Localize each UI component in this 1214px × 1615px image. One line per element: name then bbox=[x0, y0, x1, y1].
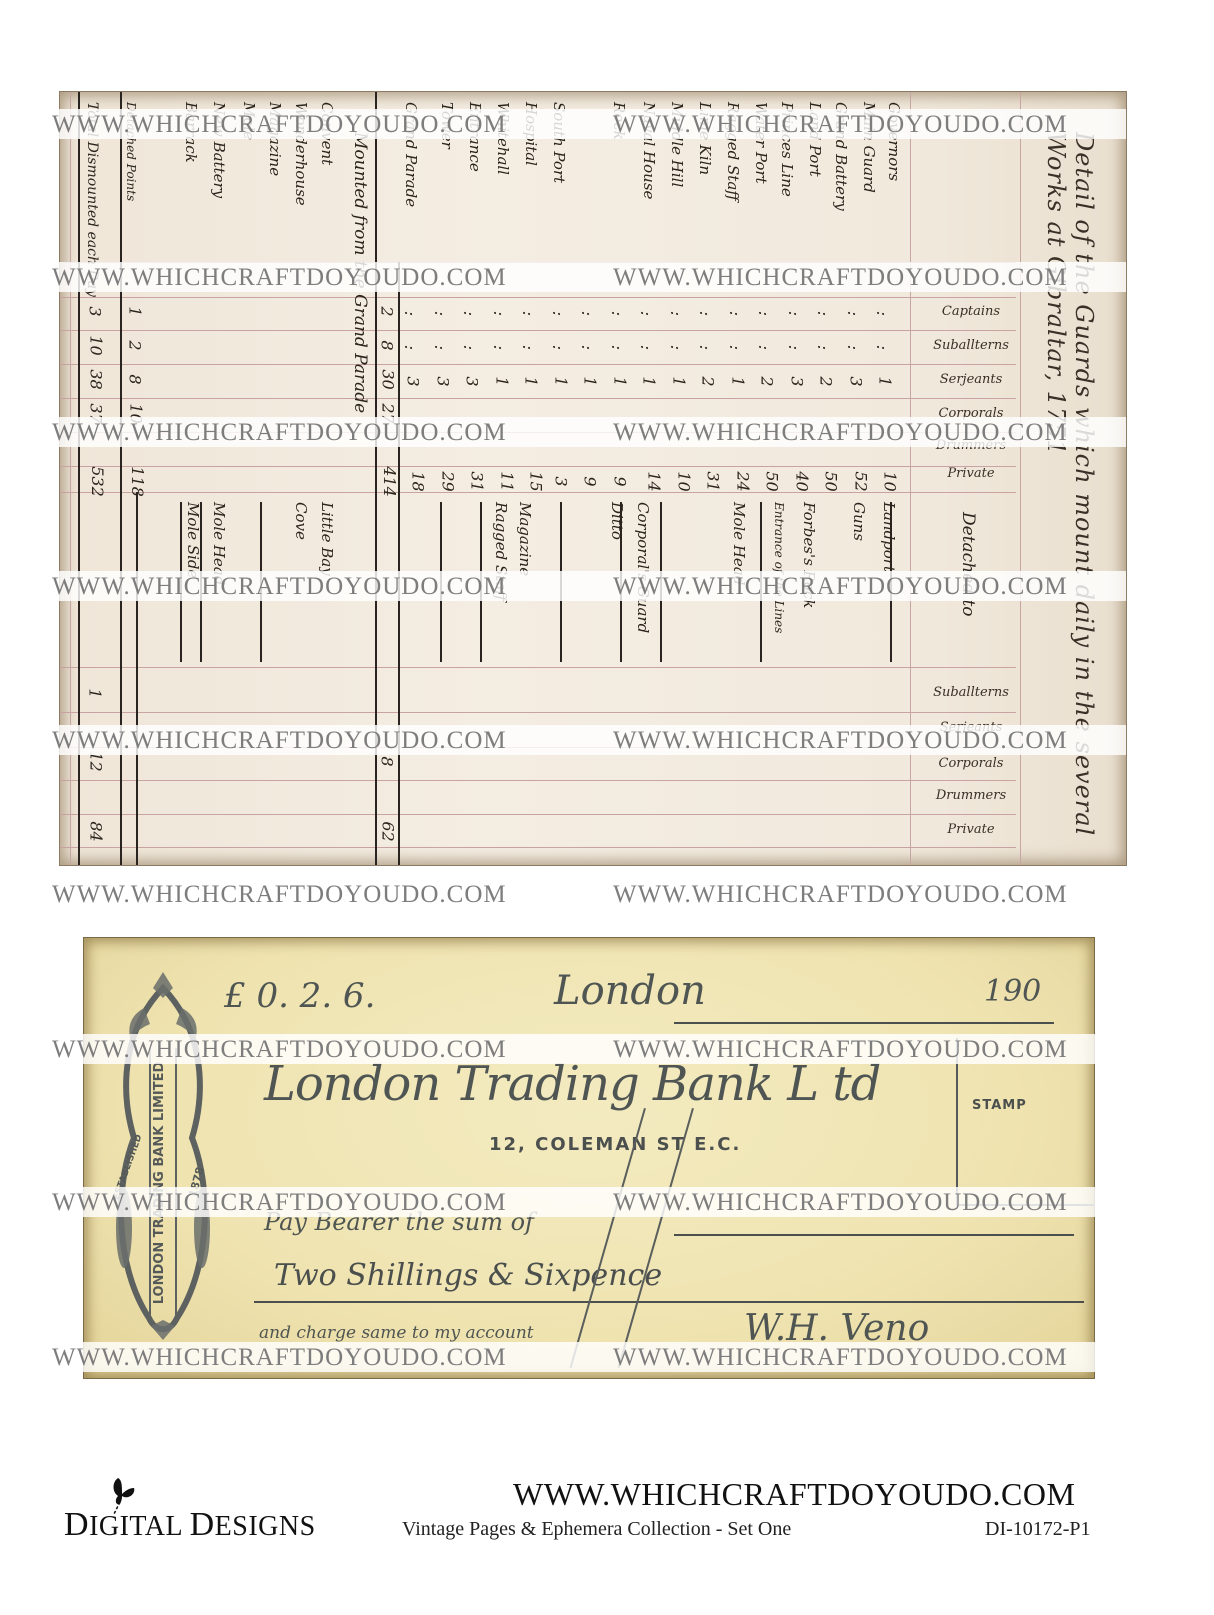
cheque-image: LONDON TRADING BANK LIMITED ESTABLISHED … bbox=[83, 937, 1095, 1379]
ledger-value: 50 bbox=[822, 471, 841, 491]
ledger-ditto-mark: : bbox=[667, 311, 686, 316]
watermark-text: WWW.WHICHCRAFTDOYOUDO.COM bbox=[613, 419, 1068, 447]
ledger-ditto-mark: : bbox=[726, 311, 745, 316]
ledger-row-label: Private bbox=[916, 822, 1026, 837]
ledger-row-label: Serjeants bbox=[916, 372, 1026, 387]
watermark-text: WWW.WHICHCRAFTDOYOUDO.COM bbox=[52, 1189, 507, 1217]
ledger-value: 1 bbox=[610, 376, 629, 386]
ledger-detached-subtotal: 62 bbox=[379, 821, 398, 841]
bank-crest-emblem: LONDON TRADING BANK LIMITED ESTABLISHED … bbox=[104, 968, 222, 1368]
ledger-ditto-mark: : bbox=[460, 345, 479, 350]
ledger-detached-place: Corporal's Guard bbox=[634, 502, 652, 633]
ledger-value: 2 bbox=[817, 376, 836, 386]
ledger-value: 29 bbox=[438, 471, 457, 491]
watermark-text: WWW.WHICHCRAFTDOYOUDO.COM bbox=[613, 264, 1068, 292]
ledger-ditto-mark: : bbox=[490, 311, 509, 316]
cheque-year: 190 bbox=[984, 974, 1041, 1009]
ledger-value: 10 bbox=[881, 471, 900, 491]
crest-text: LONDON TRADING BANK LIMITED bbox=[152, 1062, 167, 1305]
ledger-detached-place: Magazine bbox=[516, 502, 534, 576]
ledger-value: 50 bbox=[763, 471, 782, 491]
watermark-text: WWW.WHICHCRAFTDOYOUDO.COM bbox=[52, 419, 507, 447]
ledger-detached-subtotal: 8 bbox=[378, 756, 397, 766]
ledger-ditto-mark: : bbox=[608, 345, 627, 350]
ledger-ditto-mark: : bbox=[578, 311, 597, 316]
watermark-text: WWW.WHICHCRAFTDOYOUDO.COM bbox=[613, 881, 1068, 909]
ledger-value: 1 bbox=[876, 376, 895, 386]
ledger-ditto-mark: : bbox=[578, 345, 597, 350]
ledger-row-label: Corporals bbox=[916, 756, 1026, 771]
ledger-value: 1 bbox=[492, 376, 511, 386]
ledger-row-label: Captains bbox=[916, 304, 1026, 319]
watermark-text: WWW.WHICHCRAFTDOYOUDO.COM bbox=[52, 727, 507, 755]
ledger-subtotal-b: 2 bbox=[378, 306, 397, 316]
watermark-text: WWW.WHICHCRAFTDOYOUDO.COM bbox=[613, 1036, 1068, 1064]
ledger-ditto-mark: : bbox=[814, 345, 833, 350]
cheque-amount-figures: £ 0. 2. 6. bbox=[224, 976, 375, 1016]
ledger-value: 40 bbox=[792, 471, 811, 491]
ledger-value: 2 bbox=[699, 376, 718, 386]
ledger-ditto-mark: : bbox=[667, 345, 686, 350]
watermark-text: WWW.WHICHCRAFTDOYOUDO.COM bbox=[52, 1344, 507, 1372]
watermark-text: WWW.WHICHCRAFTDOYOUDO.COM bbox=[613, 573, 1068, 601]
ledger-total-private: 532 bbox=[88, 466, 107, 497]
ledger-value: 10 bbox=[674, 471, 693, 491]
ledger-value: 1 bbox=[640, 376, 659, 386]
sum-line bbox=[674, 1234, 1074, 1236]
ledger-subtotal-a: 2 bbox=[126, 340, 145, 350]
ledger-value: 3 bbox=[787, 376, 806, 386]
ledger-subtotal-b: 30 bbox=[379, 369, 398, 389]
ledger-detached-place: Guns bbox=[850, 502, 868, 541]
ledger-subtotal-a: 118 bbox=[128, 466, 147, 497]
watermark-text: WWW.WHICHCRAFTDOYOUDO.COM bbox=[613, 1189, 1068, 1217]
ledger-total-captains: 3 bbox=[86, 306, 105, 316]
ledger-ditto-mark: : bbox=[608, 311, 627, 316]
ledger-value: 31 bbox=[704, 471, 723, 491]
ledger-ditto-mark: : bbox=[726, 345, 745, 350]
ledger-value: 1 bbox=[551, 376, 570, 386]
ledger-row-label: Suballterns bbox=[916, 338, 1026, 353]
watermark-text: WWW.WHICHCRAFTDOYOUDO.COM bbox=[613, 111, 1068, 139]
ledger-detached-total: 1 bbox=[86, 688, 105, 698]
ledger-ditto-mark: : bbox=[490, 345, 509, 350]
date-line bbox=[674, 1022, 1054, 1024]
watermark-text: WWW.WHICHCRAFTDOYOUDO.COM bbox=[52, 1036, 507, 1064]
words-underline bbox=[254, 1301, 1084, 1303]
ledger-subtotal-b: 8 bbox=[378, 340, 397, 350]
footer-website: WWW.WHICHCRAFTDOYOUDO.COM bbox=[513, 1476, 1075, 1513]
ledger-subtotal-b: 414 bbox=[380, 466, 399, 497]
ledger-ditto-mark: : bbox=[785, 345, 804, 350]
ledger-ditto-mark: : bbox=[696, 345, 715, 350]
ledger-value: 11 bbox=[497, 471, 516, 491]
ledger-ditto-mark: : bbox=[431, 311, 450, 316]
digital-designs-logo: DIGITAL DESIGNS bbox=[64, 1506, 316, 1544]
ledger-value: 15 bbox=[527, 471, 546, 491]
ledger-detached-place: Little Bay bbox=[318, 502, 336, 576]
ledger-value: 31 bbox=[468, 471, 487, 491]
ledger-ditto-mark: : bbox=[844, 311, 863, 316]
ledger-subtotal-a: 1 bbox=[126, 306, 145, 316]
ledger-detached-total: 84 bbox=[87, 821, 106, 841]
bank-address: 12, COLEMAN ST E.C. bbox=[489, 1134, 741, 1155]
ledger-value: 1 bbox=[669, 376, 688, 386]
ledger-subtotal-a: 8 bbox=[126, 374, 145, 384]
watermark-text: WWW.WHICHCRAFTDOYOUDO.COM bbox=[52, 573, 507, 601]
ledger-ditto-mark: : bbox=[844, 345, 863, 350]
stamp-label: STAMP bbox=[972, 1098, 1027, 1113]
ledger-row-label: Drummers bbox=[916, 788, 1026, 803]
ledger-ditto-mark: : bbox=[637, 311, 656, 316]
watermark-text: WWW.WHICHCRAFTDOYOUDO.COM bbox=[613, 1344, 1068, 1372]
ledger-ditto-mark: : bbox=[519, 311, 538, 316]
ledger-value: 9 bbox=[610, 476, 629, 486]
ledger-value: 1 bbox=[522, 376, 541, 386]
ledger-title: Detail of the Guards which mount daily i… bbox=[1042, 132, 1098, 865]
ledger-ditto-mark: : bbox=[401, 345, 420, 350]
bank-name: London Trading Bank L td bbox=[264, 1056, 880, 1112]
ledger-ditto-mark: : bbox=[755, 345, 774, 350]
watermark-text: WWW.WHICHCRAFTDOYOUDO.COM bbox=[52, 881, 507, 909]
ledger-ditto-mark: : bbox=[519, 345, 538, 350]
ledger-detached-place: Cove bbox=[292, 502, 310, 540]
ledger-ditto-mark: : bbox=[637, 345, 656, 350]
ledger-detached-place: Ditto bbox=[608, 502, 626, 540]
ledger-value: 3 bbox=[463, 376, 482, 386]
ledger-ditto-mark: : bbox=[549, 311, 568, 316]
ledger-row-label: Suballterns bbox=[916, 685, 1026, 700]
ledger-detached-place: Mole Side bbox=[184, 502, 202, 578]
ledger-value: 3 bbox=[551, 476, 570, 486]
ledger-ditto-mark: : bbox=[785, 311, 804, 316]
ledger-detached-place: Entrance of the Lines bbox=[772, 502, 786, 633]
ledger-value: 1 bbox=[581, 376, 600, 386]
ledger-ditto-mark: : bbox=[755, 311, 774, 316]
ledger-detached-place: Landport bbox=[880, 502, 898, 572]
ledger-value: 52 bbox=[851, 471, 870, 491]
ledger-ditto-mark: : bbox=[401, 311, 420, 316]
ledger-ditto-mark: : bbox=[873, 345, 892, 350]
product-code: DI-10172-P1 bbox=[985, 1518, 1091, 1541]
ledger-row-label: Private bbox=[916, 466, 1026, 481]
watermark-text: WWW.WHICHCRAFTDOYOUDO.COM bbox=[52, 264, 507, 292]
collection-title: Vintage Pages & Ephemera Collection - Se… bbox=[402, 1518, 791, 1541]
ledger-value: 9 bbox=[581, 476, 600, 486]
cheque-place: London bbox=[554, 968, 706, 1014]
ledger-value: 3 bbox=[846, 376, 865, 386]
ledger-ditto-mark: : bbox=[549, 345, 568, 350]
ledger-ditto-mark: : bbox=[460, 311, 479, 316]
ledger-ditto-mark: : bbox=[696, 311, 715, 316]
ledger-total-serjeants: 38 bbox=[87, 369, 106, 389]
ledger-ditto-mark: : bbox=[814, 311, 833, 316]
charge-account-line: and charge same to my account bbox=[259, 1323, 534, 1343]
watermark-text: WWW.WHICHCRAFTDOYOUDO.COM bbox=[613, 727, 1068, 755]
ledger-value: 14 bbox=[645, 471, 664, 491]
ledger-total-suballterns: 10 bbox=[87, 335, 106, 355]
ledger-value: 18 bbox=[409, 471, 428, 491]
ledger-value: 1 bbox=[728, 376, 747, 386]
ledger-value: 3 bbox=[404, 376, 423, 386]
ledger-value: 3 bbox=[433, 376, 452, 386]
ledger-value: 24 bbox=[733, 471, 752, 491]
ledger-ditto-mark: : bbox=[431, 345, 450, 350]
ledger-ditto-mark: : bbox=[873, 311, 892, 316]
amount-in-words: Two Shillings & Sixpence bbox=[274, 1258, 662, 1293]
watermark-text: WWW.WHICHCRAFTDOYOUDO.COM bbox=[52, 111, 507, 139]
ledger-value: 2 bbox=[758, 376, 777, 386]
